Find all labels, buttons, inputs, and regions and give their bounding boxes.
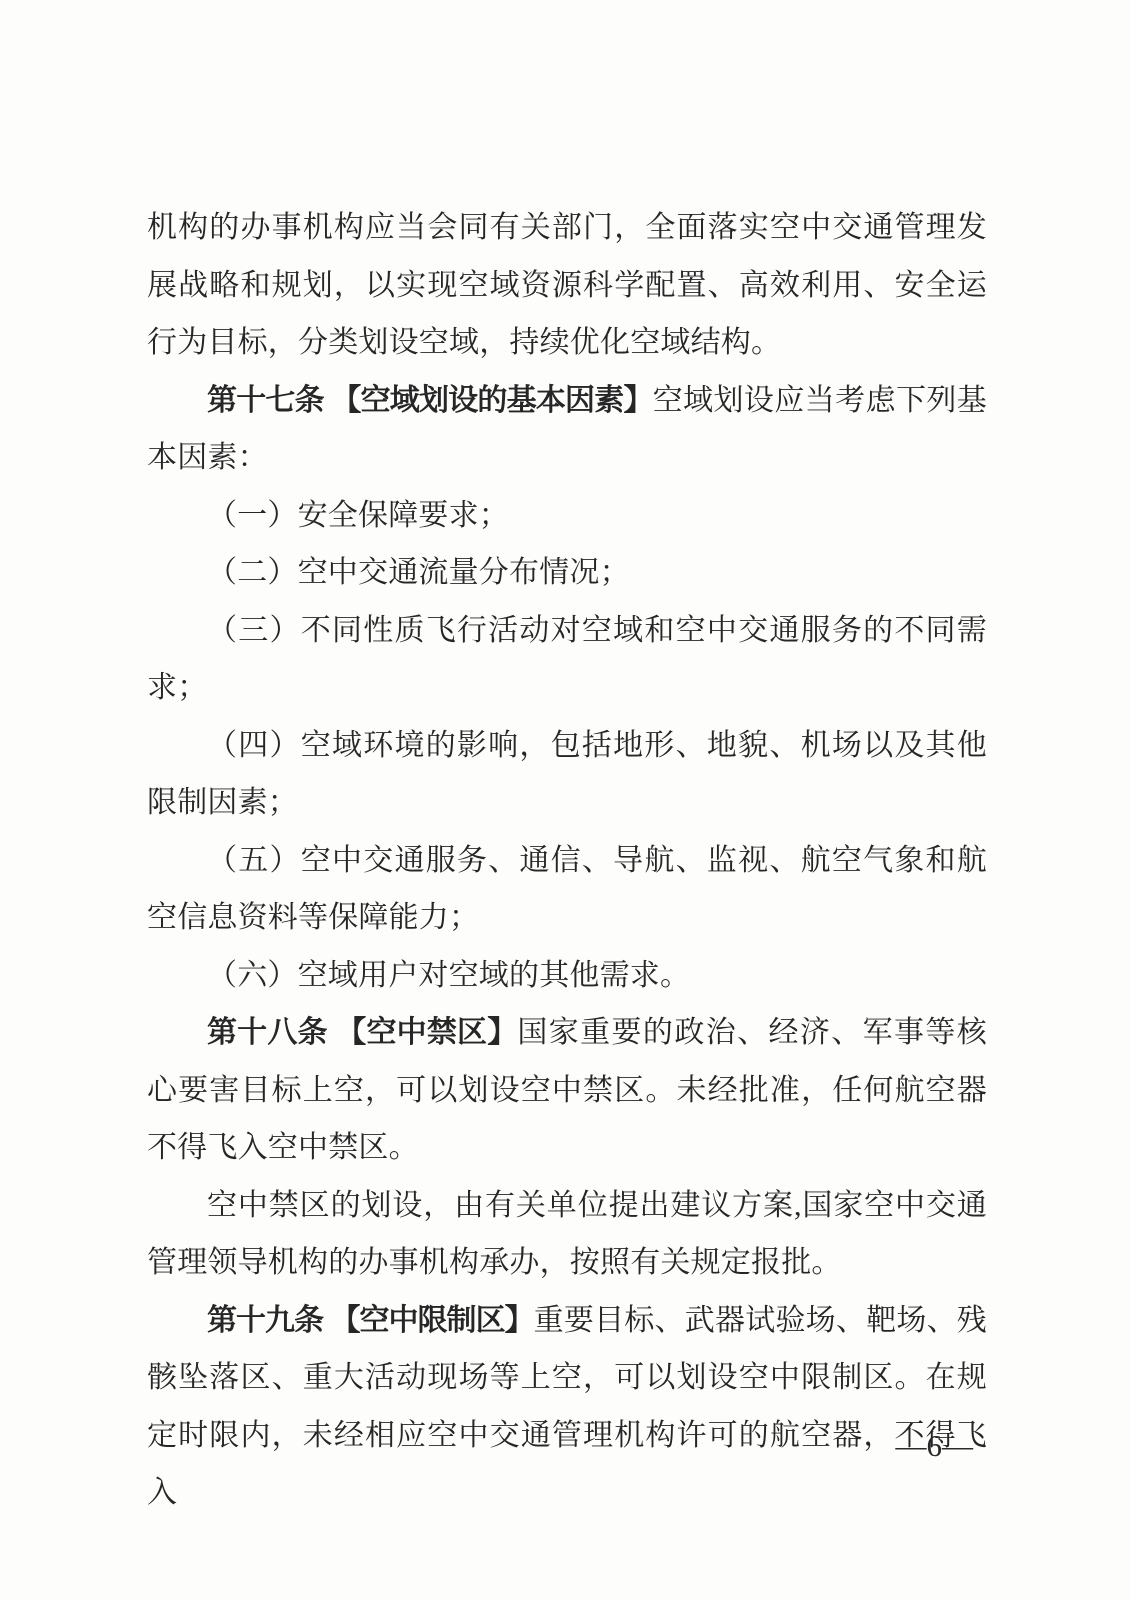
- paragraph: （三）不同性质飞行活动对空域和空中交通服务的不同需求；: [147, 602, 987, 717]
- paragraph: 机构的办事机构应当会同有关部门，全面落实空中交通管理发展战略和规划，以实现空域资…: [147, 199, 987, 372]
- body-text: （四）空域环境的影响，包括地形、地貌、机场以及其他限制因素；: [147, 729, 987, 820]
- article-heading: 第十九条 【空中限制区】: [207, 1304, 534, 1337]
- paragraph: （四）空域环境的影响，包括地形、地貌、机场以及其他限制因素；: [147, 717, 987, 832]
- paragraph: 第十八条 【空中禁区】国家重要的政治、经济、军事等核心要害目标上空，可以划设空中…: [147, 1004, 987, 1177]
- paragraph: （六）空域用户对空域的其他需求。: [147, 947, 987, 1005]
- body-text: （六）空域用户对空域的其他需求。: [207, 959, 690, 992]
- body-text: （二）空中交通流量分布情况；: [207, 556, 630, 589]
- article-heading: 第十八条 【空中禁区】: [207, 1016, 517, 1049]
- body-text: 空中禁区的划设，由有关单位提出建议方案,国家空中交通管理领导机构的办事机构承办，…: [147, 1189, 987, 1280]
- paragraph: 第十七条 【空域划设的基本因素】空域划设应当考虑下列基本因素：: [147, 372, 987, 487]
- body-text: 机构的办事机构应当会同有关部门，全面落实空中交通管理发展战略和规划，以实现空域资…: [147, 211, 987, 359]
- article-heading: 第十七条 【空域划设的基本因素】: [207, 384, 653, 417]
- body-text: （三）不同性质飞行活动对空域和空中交通服务的不同需求；: [147, 614, 987, 705]
- document-page: 机构的办事机构应当会同有关部门，全面落实空中交通管理发展战略和规划，以实现空域资…: [0, 0, 1131, 1600]
- paragraph: 第十九条 【空中限制区】重要目标、武器试验场、靶场、残骸坠落区、重大活动现场等上…: [147, 1292, 987, 1522]
- paragraph: 空中禁区的划设，由有关单位提出建议方案,国家空中交通管理领导机构的办事机构承办，…: [147, 1177, 987, 1292]
- paragraph: （一）安全保障要求；: [147, 487, 987, 545]
- page-number: —6—: [896, 1430, 974, 1461]
- paragraph: （二）空中交通流量分布情况；: [147, 544, 987, 602]
- document-body: 机构的办事机构应当会同有关部门，全面落实空中交通管理发展战略和规划，以实现空域资…: [147, 199, 987, 1522]
- body-text: （五）空中交通服务、通信、导航、监视、航空气象和航空信息资料等保障能力；: [147, 844, 987, 935]
- paragraph: （五）空中交通服务、通信、导航、监视、航空气象和航空信息资料等保障能力；: [147, 832, 987, 947]
- body-text: （一）安全保障要求；: [207, 499, 509, 532]
